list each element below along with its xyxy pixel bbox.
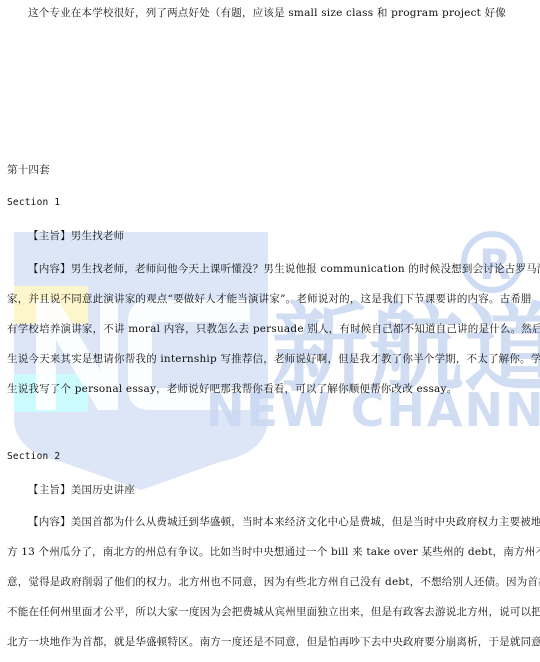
section-1-topic: 【主旨】男生找老师 <box>28 229 124 243</box>
set-title: 第十四套 <box>7 163 50 177</box>
section-1-title: Section 1 <box>7 196 60 210</box>
section-1-content-line: 【内容】男生找老师，老师问他今天上课听懂没？男生说他报 communicatio… <box>28 262 540 276</box>
section-2-title: Section 2 <box>7 450 60 464</box>
section-1-content-line: 生说今天来其实是想请你帮我的 internship 写推荐信，老师说好啊，但是我… <box>7 352 540 366</box>
section-2-content-line: 意，觉得是政府削弱了他们的权力。北方州也不同意，因为有些北方州自己没有 debt… <box>7 575 540 589</box>
section-2-topic: 【主旨】美国历史讲座 <box>28 483 135 497</box>
section-2-content-line: 方 13 个州瓜分了，南北方的州总有争议。比如当时中央想通过一个 bill 来 … <box>7 545 540 559</box>
section-1-content-line: 生说我写了个 personal essay，老师说好吧那我帮你看看，可以了解你顺… <box>7 382 457 396</box>
section-1-content-line: 有学校培养演讲家，不讲 moral 内容，只教怎么去 persuade 别人，有… <box>7 322 540 336</box>
document-page: 新航道 NEW CHANNEL R 这个专业在本学校很好，列了两点好处（有题，应… <box>0 0 540 662</box>
intro-line: 这个专业在本学校很好，列了两点好处（有题，应该是 small size clas… <box>28 6 506 20</box>
section-2-content-line: 不能在任何州里面才公平，所以大家一度因为会把费城从宾州里面独立出来，但是有政客去… <box>7 605 540 619</box>
section-2-content-line: 北方一块地作为首都，就是华盛顿特区。南方一度还是不同意，但是怕再吵下去中央政府要… <box>7 635 540 649</box>
section-2-content-line: 【内容】美国首都为什么从费城迁到华盛顿，当时本来经济文化中心是费城，但是当时中央… <box>28 515 540 529</box>
section-1-content-line: 家，并且说不同意此演讲家的观点“要做好人才能当演讲家”。老师说对的，这是我们下节… <box>7 292 532 306</box>
